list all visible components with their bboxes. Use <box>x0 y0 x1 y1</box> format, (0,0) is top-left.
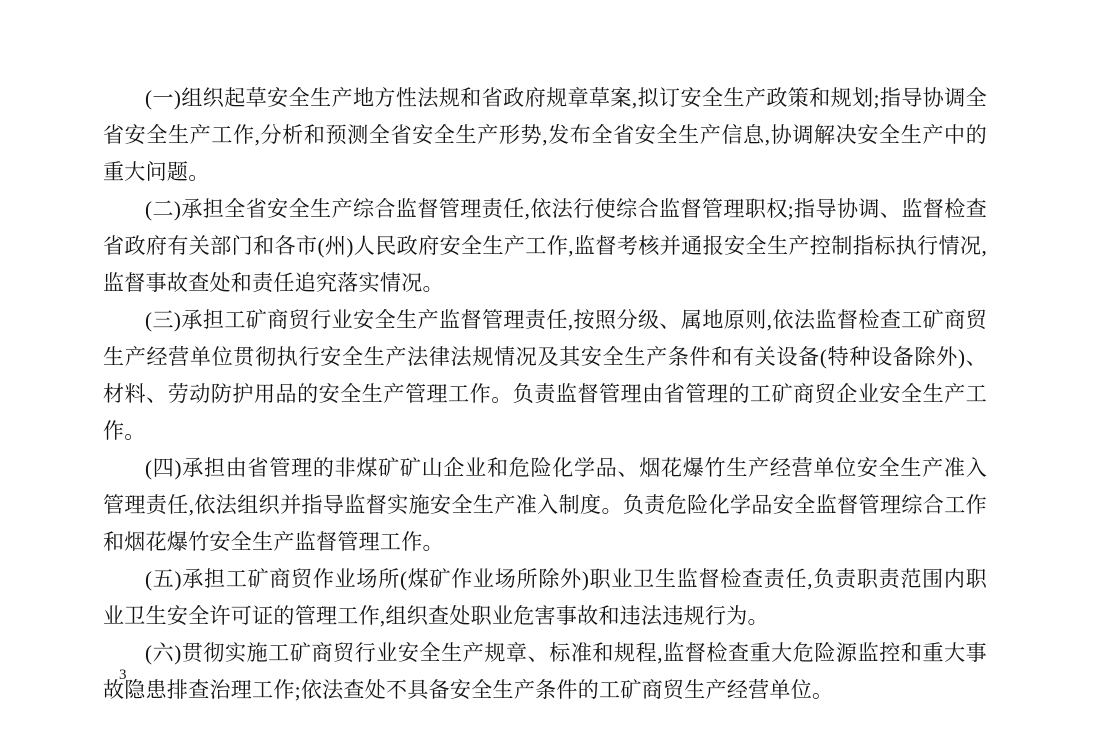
page-number: 3 <box>119 665 127 685</box>
body-paragraph: (三)承担工矿商贸行业安全生产监督管理责任,按照分级、属地原则,依法监督检查工矿… <box>103 302 987 450</box>
body-paragraph: (二)承担全省安全生产综合监督管理责任,依法行使综合监督管理职权;指导协调、监督… <box>103 191 987 302</box>
body-paragraph: (五)承担工矿商贸作业场所(煤矿作业场所除外)职业卫生监督检查责任,负责职责范围… <box>103 561 987 635</box>
body-paragraph: (六)贯彻实施工矿商贸行业安全生产规章、标准和规程,监督检查重大危险源监控和重大… <box>103 635 987 709</box>
document-page: (一)组织起草安全生产地方性法规和省政府规章草案,拟订安全生产政策和规划;指导协… <box>0 0 1119 746</box>
body-paragraph: (四)承担由省管理的非煤矿矿山企业和危险化学品、烟花爆竹生产经营单位安全生产准入… <box>103 450 987 561</box>
body-paragraph: (一)组织起草安全生产地方性法规和省政府规章草案,拟订安全生产政策和规划;指导协… <box>103 80 987 191</box>
document-body: (一)组织起草安全生产地方性法规和省政府规章草案,拟订安全生产政策和规划;指导协… <box>103 80 987 709</box>
